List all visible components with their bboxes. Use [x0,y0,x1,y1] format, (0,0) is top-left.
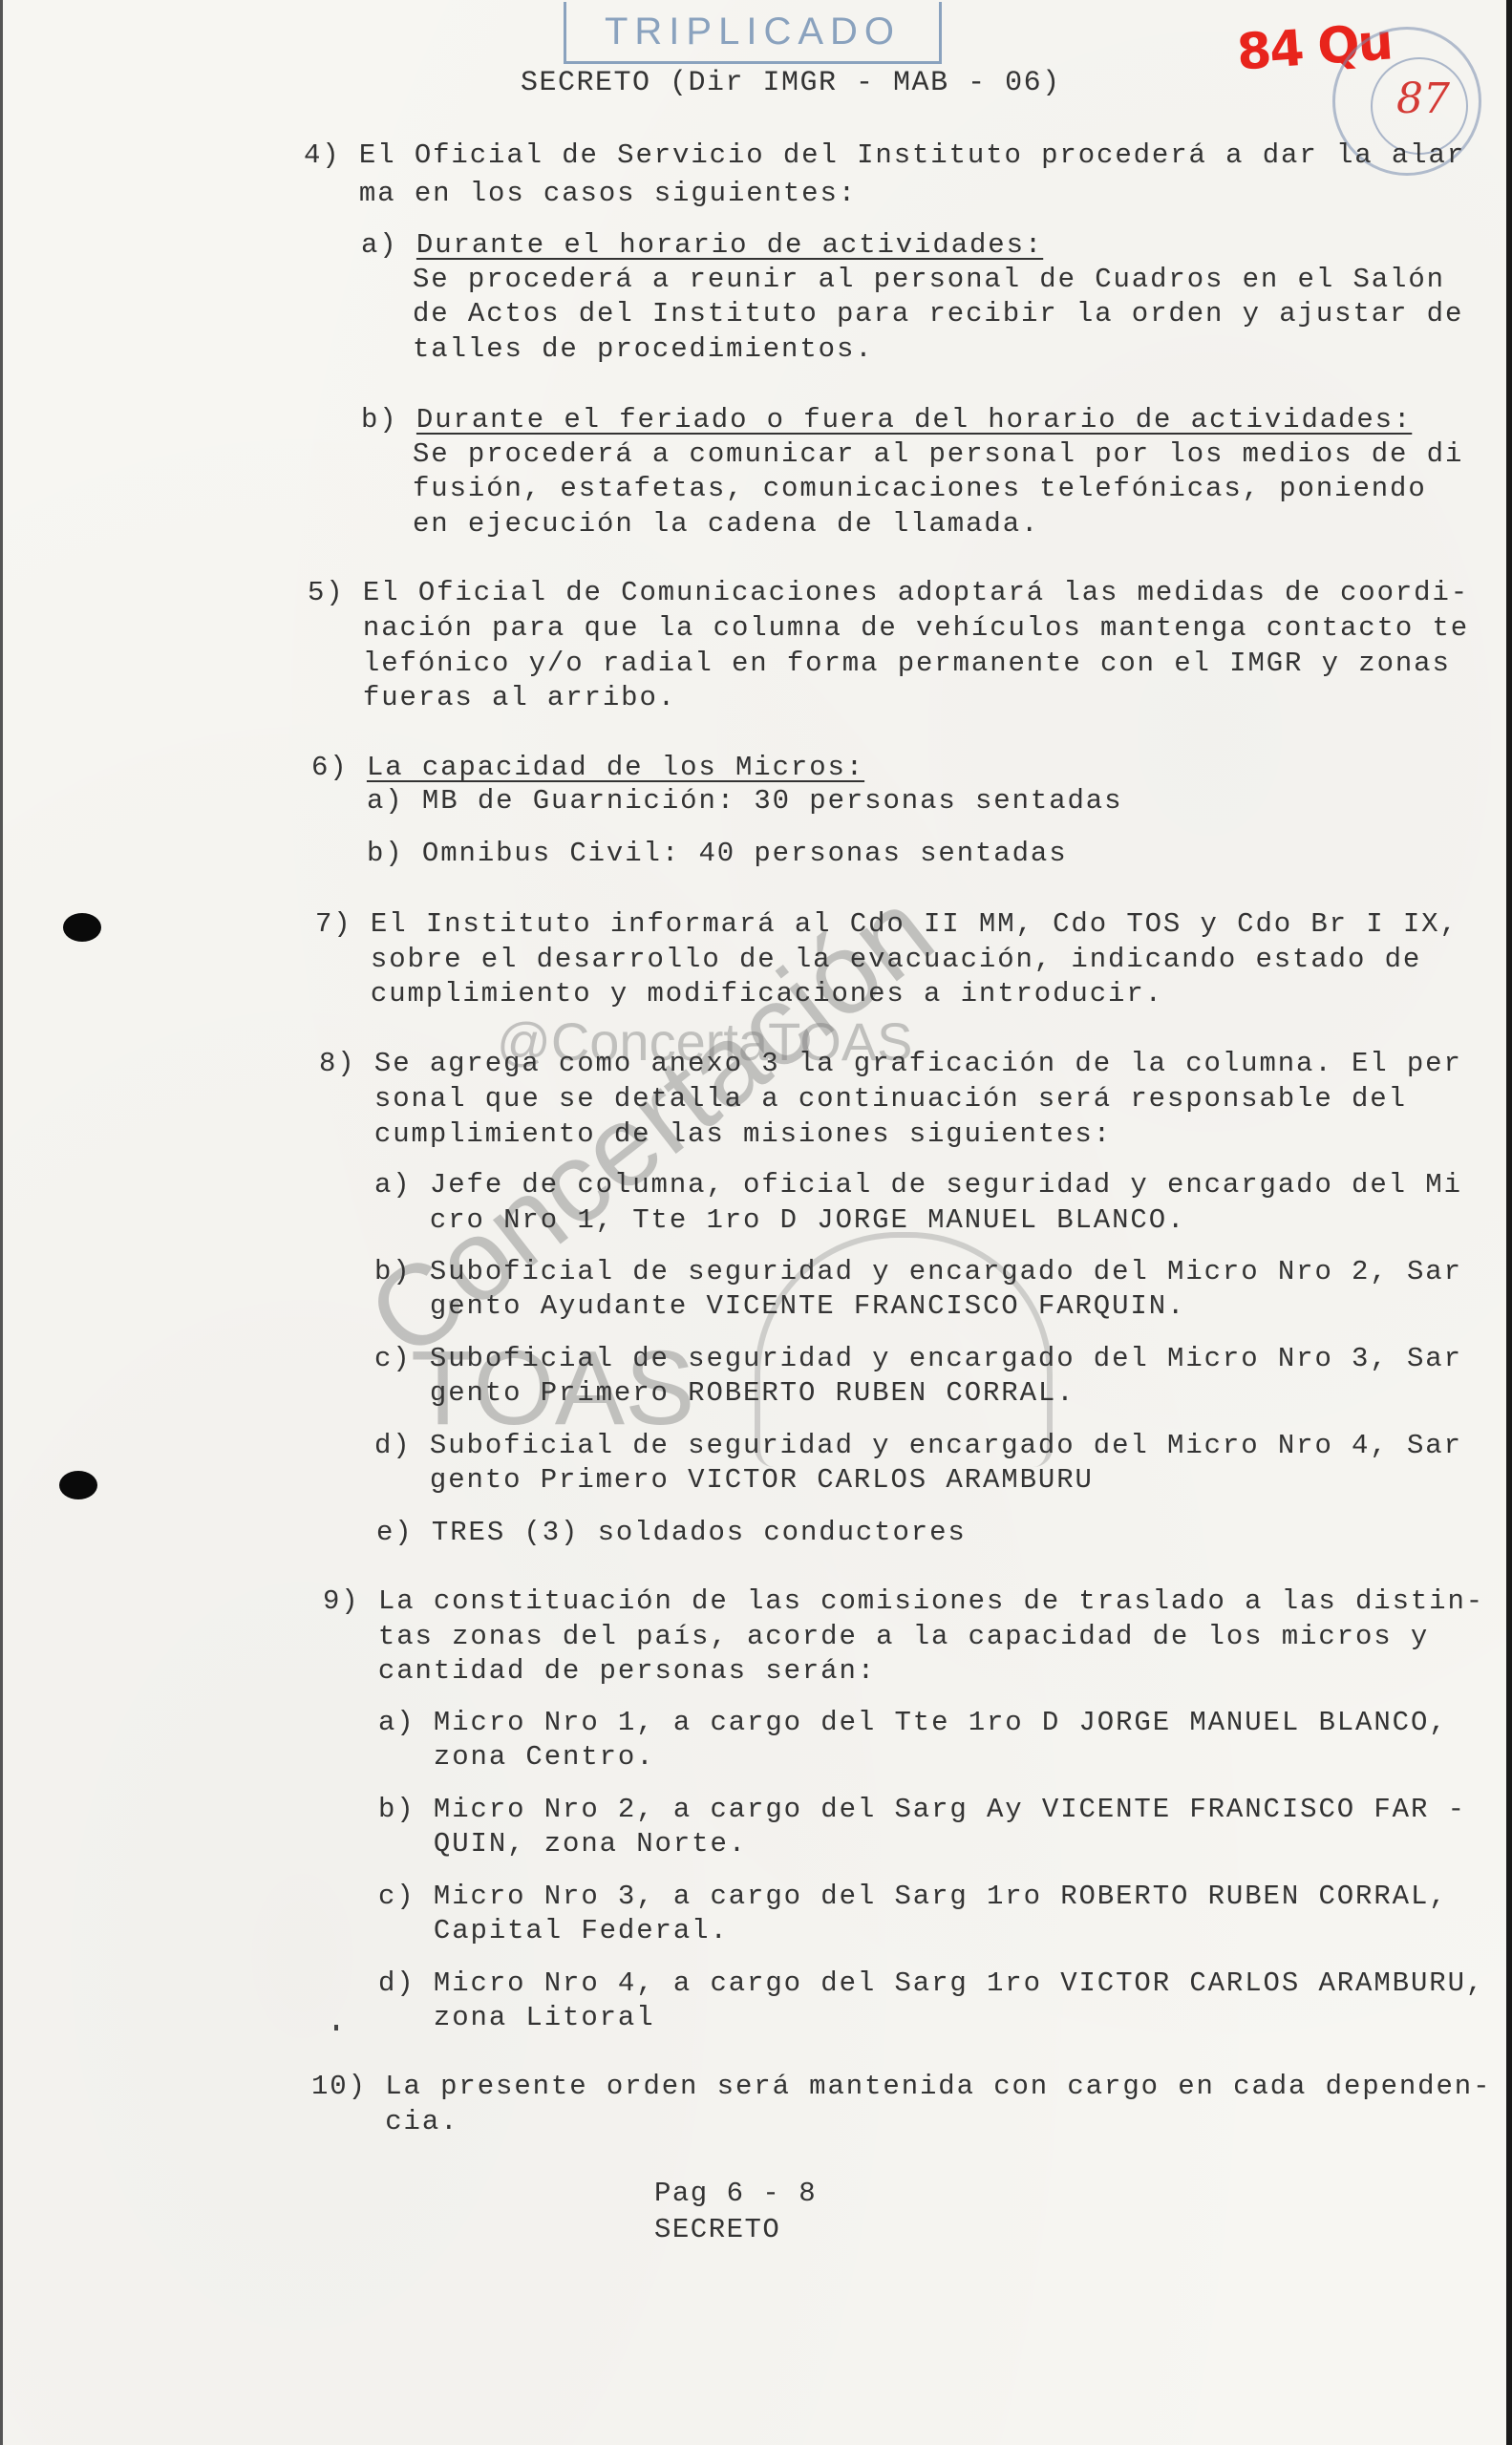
scan-right-edge [1506,0,1512,2445]
p7-line: cumplimiento y modificaciones a introduc… [315,977,1163,1011]
seal-folio-number: 87 [1396,74,1450,123]
p8-item: gento Ayudante VICENTE FRANCISCO FARQUIN… [374,1289,1185,1324]
p9-item: d) Micro Nro 4, a cargo del Sarg 1ro VIC… [378,1967,1484,2001]
p9-item: Capital Federal. [378,1914,729,1948]
p6-item: b) Omnibus Civil: 40 personas sentadas [367,837,1068,871]
p4b-heading: b) Durante el feriado o fuera del horari… [361,403,1412,437]
p9-item: a) Micro Nro 1, a cargo del Tte 1ro D JO… [378,1706,1448,1740]
scan-left-edge [0,0,3,2445]
p4b-label: b) [361,404,416,436]
p10-line: 10) La presente orden será mantenida con… [311,2070,1491,2104]
p9-line: tas zonas del país, acorde a la capacida… [323,1620,1429,1654]
p8-line: cumplimiento de las misiones siguientes: [319,1117,1112,1152]
p7-line: sobre el desarrollo de la evacuación, in… [315,943,1421,977]
p9-line: cantidad de personas serán: [323,1654,876,1689]
p6-item: a) MB de Guarnición: 30 personas sentada… [367,784,1122,819]
p9-item: QUIN, zona Norte. [378,1827,747,1861]
footer-classification: SECRETO [654,2214,780,2245]
p8-item: cro Nro 1, Tte 1ro D JORGE MANUEL BLANCO… [374,1203,1185,1238]
p8-item: gento Primero ROBERTO RUBEN CORRAL. [374,1376,1075,1411]
p7-line: 7) El Instituto informará al Cdo II MM, … [315,907,1459,942]
p8-item: b) Suboficial de seguridad y encargado d… [374,1255,1462,1289]
punch-hole-icon [63,913,101,942]
p9-line: 9) La constituación de las comisiones de… [323,1584,1484,1619]
p8-line: sonal que se detalla a continuación será… [319,1082,1407,1116]
p4-line: 4) El Oficial de Servicio del Instituto … [304,138,1465,173]
p5-line: 5) El Oficial de Comunicaciones adoptará… [308,576,1469,610]
footer-page-number: Pag 6 - 8 [654,2178,817,2209]
header-classification: SECRETO (Dir IMGR - MAB - 06) [521,67,1061,99]
p4-line: ma en los casos siguientes: [304,177,857,211]
p4b-line: fusión, estafetas, comunicaciones telefó… [413,472,1427,506]
p5-line: nación para que la columna de vehículos … [308,611,1469,646]
p6-heading: 6) La capacidad de los Micros: [311,751,864,785]
p10-line: cia. [311,2105,458,2139]
p8-item: e) TRES (3) soldados conductores [376,1516,967,1550]
p9-item: b) Micro Nro 2, a cargo del Sarg Ay VICE… [378,1793,1466,1827]
p8-item: d) Suboficial de seguridad y encargado d… [374,1429,1462,1463]
triplicado-stamp: TRIPLICADO [564,2,942,64]
p6-heading-text: La capacidad de los Micros: [367,752,864,783]
ink-speck [334,2025,338,2030]
p8-item: a) Jefe de columna, oficial de seguridad… [374,1168,1462,1202]
p5-line: fueras al arribo. [308,681,676,715]
p8-item: c) Suboficial de seguridad y encargado d… [374,1342,1462,1376]
p8-item: gento Primero VICTOR CARLOS ARAMBURU [374,1463,1094,1498]
p8-line: 8) Se agrega como anexo 3 la graficación… [319,1047,1462,1081]
p9-item: zona Litoral [378,2001,655,2035]
p9-item: zona Centro. [378,1740,655,1775]
p4a-line: talles de procedimientos. [413,332,874,367]
p4b-heading-text: Durante el feriado o fuera del horario d… [416,404,1412,436]
p6-label: 6) [311,752,367,783]
p4a-heading: a) Durante el horario de actividades: [361,228,1043,263]
p4b-line: Se procederá a comunicar al personal por… [413,437,1463,472]
p4a-label: a) [361,229,416,261]
p4a-line: de Actos del Instituto para recibir la o… [413,297,1463,331]
p9-item: c) Micro Nro 3, a cargo del Sarg 1ro ROB… [378,1880,1448,1914]
p4a-heading-text: Durante el horario de actividades: [416,229,1043,261]
p4a-line: Se procederá a reunir al personal de Cua… [413,263,1445,297]
p5-line: lefónico y/o radial en forma permanente … [308,647,1451,681]
p4b-line: en ejecución la cadena de llamada. [413,507,1039,542]
punch-hole-icon [59,1471,97,1499]
document-page: TRIPLICADO SECRETO (Dir IMGR - MAB - 06)… [0,0,1512,2445]
